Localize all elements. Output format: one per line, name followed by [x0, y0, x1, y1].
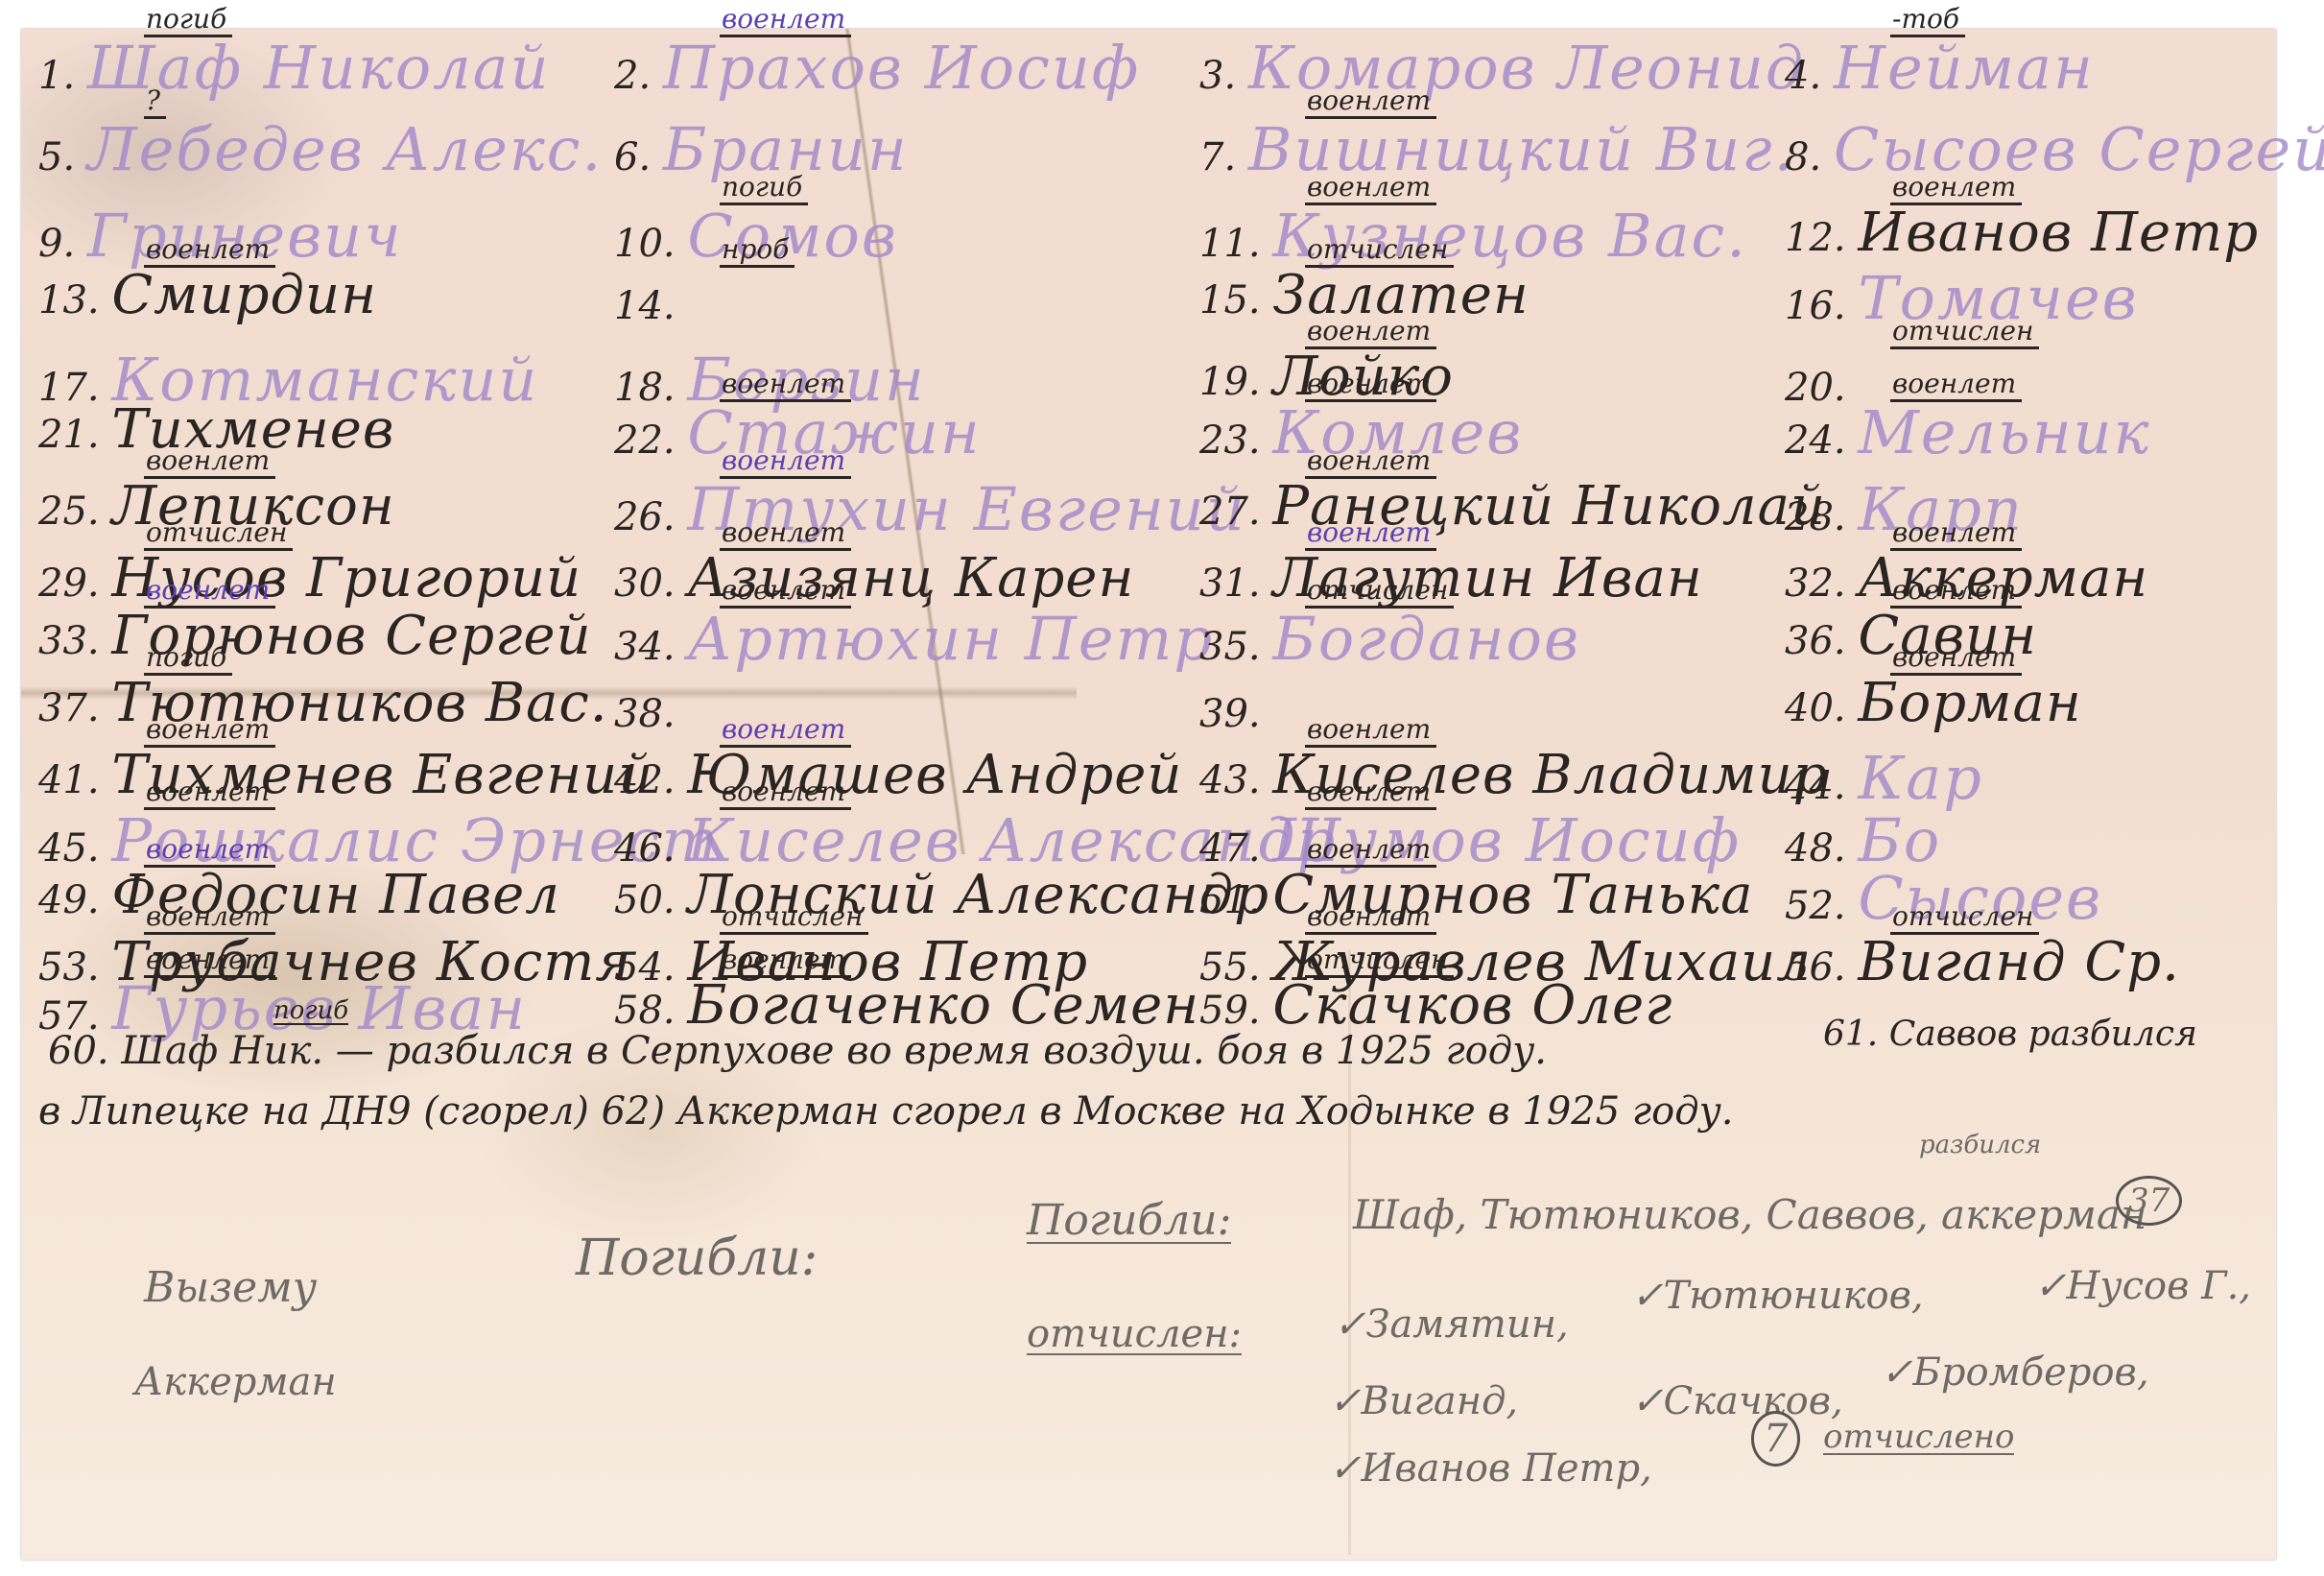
roster-entry: военлет51. Смирнов Танька — [1199, 869, 1753, 922]
entry-status: военлет — [1890, 519, 2022, 551]
dismissed-name: ✓Замятин, — [1334, 1305, 1569, 1344]
roster-entry: -тоб4. Нейман — [1785, 38, 2095, 98]
dismissed-note: отчислено — [1823, 1421, 2014, 1455]
entry-number: 10. — [614, 222, 687, 266]
entry-number: 41. — [38, 758, 111, 802]
entry-status: военлет — [144, 447, 275, 479]
entry-status: военлет — [1305, 519, 1436, 551]
roster-entry: военлет7. Вишницкий Виг. — [1199, 120, 1794, 179]
roster-entry: отчислен29. Нусов Григорий — [38, 552, 581, 606]
entry-number: 56. — [1785, 945, 1858, 990]
roster-entry: военлет12. Иванов Петр — [1785, 206, 2259, 260]
entry-number: 16. — [1785, 284, 1858, 328]
entry-status: нроб — [720, 236, 794, 268]
roster-entry: 39. — [1199, 677, 1261, 736]
signature-2: Аккерман — [134, 1363, 337, 1401]
roster-entry: военлет34. Артюхин Петр — [614, 609, 1214, 669]
dismissed-name: ✓Иванов Петр, — [1329, 1449, 1652, 1488]
signature-1: Вызему — [144, 1267, 317, 1309]
roster-entry: 38. — [614, 677, 676, 736]
entry-status: военлет — [1890, 644, 2022, 676]
entry-status: военлет — [1890, 174, 2022, 205]
entry-number: 38. — [614, 692, 676, 736]
entry-number: 50. — [614, 878, 687, 922]
entry-status: военлет — [720, 519, 851, 551]
roster-entry: отчислен35. Богданов — [1199, 609, 1580, 669]
entry-number: 26. — [614, 495, 687, 539]
entry-number: 9. — [38, 222, 87, 266]
killed-note: разбился — [1919, 1133, 2041, 1158]
roster-entry: военлет58. Богаченко Семен — [614, 979, 1199, 1033]
entry-name: Нейман — [1834, 33, 2095, 103]
roster-entry: военлет42. Юмашев Андрей — [614, 749, 1182, 802]
entry-number: 34. — [614, 625, 687, 669]
entry-number: 36. — [1785, 619, 1858, 663]
entry-name: Виганд Ср. — [1858, 931, 2180, 993]
entry-status: военлет — [144, 577, 275, 609]
entry-name: Артюхин Петр — [687, 604, 1214, 674]
entry-status: военлет — [144, 716, 275, 748]
entry-number: 2. — [614, 54, 663, 98]
entry-number: 27. — [1199, 490, 1272, 534]
roster-entry: военлет47. Шумов Иосиф — [1199, 811, 1741, 871]
note-60-status: погиб — [273, 998, 348, 1025]
entry-number: 43. — [1199, 758, 1272, 802]
entry-number: 33. — [38, 619, 111, 663]
roster-entry: военлет24. Мельник — [1785, 403, 2151, 463]
entry-number: 46. — [614, 826, 687, 871]
entry-status: военлет — [144, 903, 275, 935]
entry-number: 15. — [1199, 278, 1272, 322]
entry-name: Кар — [1858, 743, 1983, 813]
roster-entry: военлет2. Прахов Иосиф — [614, 38, 1140, 98]
entry-number: 48. — [1785, 826, 1858, 871]
entry-number: 37. — [38, 686, 111, 730]
entry-number: 52. — [1785, 884, 1858, 928]
roster-entry: отчислен56. Виганд Ср. — [1785, 936, 2180, 990]
entry-number: 22. — [614, 418, 687, 463]
entry-number: 51. — [1199, 878, 1272, 922]
dismissed-count-circle: 7 — [1751, 1411, 1800, 1467]
entry-number: 32. — [1785, 561, 1858, 606]
entry-number: 25. — [38, 490, 111, 534]
entry-number: 31. — [1199, 561, 1272, 606]
entry-number: 35. — [1199, 625, 1272, 669]
entry-name: Борман — [1858, 672, 2081, 734]
roster-entry: военлет30. Азизянц Карен — [614, 552, 1134, 606]
entry-number: 42. — [614, 758, 687, 802]
dismissed-name: ✓Нусов Г., — [2034, 1267, 2251, 1305]
killed-names: Шаф, Тютюников, Саввов, аккерман — [1353, 1195, 2147, 1235]
entry-number: 23. — [1199, 418, 1272, 463]
entry-number: 5. — [38, 135, 87, 179]
entry-status: военлет — [1305, 318, 1436, 349]
entry-status: военлет — [720, 946, 851, 978]
roster-entry: отчислен20. — [1785, 350, 1846, 410]
entry-status: военлет — [1305, 716, 1436, 748]
entry-number: 12. — [1785, 216, 1858, 260]
entry-name: Скачков Олег — [1272, 974, 1672, 1037]
roster-entry: 48. Бо — [1785, 811, 1941, 871]
entry-number: 7. — [1199, 135, 1248, 179]
entry-number: 6. — [614, 135, 663, 179]
dismissed-name: ✓Скачков, — [1631, 1382, 1843, 1421]
entry-status: отчислен — [1890, 318, 2039, 349]
entry-number: 59. — [1199, 989, 1272, 1033]
entry-status: отчислен — [1890, 903, 2039, 935]
entry-number: 19. — [1199, 360, 1272, 404]
roster-entry: военлет11. Кузнецов Вас. — [1199, 206, 1747, 266]
roster-entry: военлет43. Киселев Владимир — [1199, 749, 1829, 802]
entry-number: 1. — [38, 54, 87, 98]
entry-status: военлет — [1305, 836, 1436, 868]
entry-name: Богаченко Семен — [687, 974, 1199, 1037]
note-line-60: 60. Шаф Ник. — разбился в Серпухове во в… — [48, 1032, 1547, 1070]
entry-status: военлет — [720, 716, 851, 748]
roster-entry: военлет27. Ранецкий Николай — [1199, 480, 1826, 534]
entry-status: военлет — [1890, 577, 2022, 609]
note-line-62: в Липецке на ДН9 (сгорел) 62) Аккерман с… — [38, 1092, 1733, 1131]
roster-entry: 8. Сысоев Сергей — [1785, 120, 2324, 179]
roster-entry: 50. Лонский Александр — [614, 869, 1269, 922]
entry-name: Смирдин — [111, 264, 377, 326]
roster-entry: военлет40. Борман — [1785, 677, 2082, 730]
entry-number: 11. — [1199, 222, 1272, 266]
roster-entry: военлет13. Смирдин — [38, 269, 377, 322]
entry-status: военлет — [144, 236, 275, 268]
dismissed-name: ✓Тютюников, — [1631, 1277, 1924, 1315]
entry-status: отчислен — [1305, 236, 1454, 268]
entry-number: 8. — [1785, 135, 1834, 179]
roster-entry: погиб37. Тютюников Вас. — [38, 677, 608, 730]
roster-entry: нроб14. — [614, 269, 676, 328]
roster-entry: военлет33. Горюнов Сергей — [38, 609, 592, 663]
entry-number: 58. — [614, 989, 687, 1033]
dismissed-name: ✓Бромберов, — [1881, 1353, 2149, 1392]
entry-number: 21. — [38, 413, 111, 457]
roster-entry: ?5. Лебедев Алекс. — [38, 120, 603, 179]
entry-name: Мельник — [1858, 397, 2150, 467]
entry-number: 29. — [38, 561, 111, 606]
entry-status: отчислен — [720, 903, 868, 935]
note-line-61: 61. Саввов разбился — [1823, 1017, 2197, 1052]
entry-status: военлет — [144, 836, 275, 868]
dismissed-name: ✓Виганд, — [1329, 1382, 1518, 1421]
entry-status: отчислен — [144, 519, 293, 551]
roster-entry: военлет41. Тихменев Евгений — [38, 749, 653, 802]
entry-number: 13. — [38, 278, 111, 322]
roster-entry: военлет26. Птухин Евгений — [614, 480, 1246, 539]
entry-number: 4. — [1785, 54, 1834, 98]
killed-count-circle: 37 — [2116, 1176, 2182, 1226]
entry-number: 40. — [1785, 686, 1858, 730]
entry-name: Прахов Иосиф — [663, 33, 1140, 103]
roster-entry: отчислен59. Скачков Олег — [1199, 979, 1672, 1033]
killed-label: Погибли: — [1027, 1200, 1231, 1244]
roster-entry: военлет49. Федосин Павел — [38, 869, 560, 922]
roster-entry: 3. Комаров Леонид — [1199, 38, 1805, 98]
entry-number: 28. — [1785, 495, 1858, 539]
entry-status: военлет — [1305, 903, 1436, 935]
entry-number: 44. — [1785, 764, 1858, 808]
entry-number: 14. — [614, 284, 676, 328]
entry-number: 49. — [38, 878, 111, 922]
entry-number: 3. — [1199, 54, 1248, 98]
entry-status: отчислен — [1305, 946, 1454, 978]
dismissed-label: отчислен: — [1027, 1315, 1242, 1355]
entry-number: 39. — [1199, 692, 1261, 736]
entry-number: 30. — [614, 561, 687, 606]
entry-number: 45. — [38, 826, 111, 871]
roster-entry: погиб1. Шаф Николай — [38, 38, 551, 98]
entry-number: 24. — [1785, 418, 1858, 463]
entry-status: военлет — [1305, 447, 1436, 479]
entry-status: погиб — [144, 644, 232, 676]
entry-name: Иванов Петр — [1858, 202, 2259, 264]
summary-heading: Погибли: — [576, 1233, 818, 1283]
roster-entry: 44. Кар — [1785, 749, 1983, 808]
entry-name: Богданов — [1272, 604, 1580, 674]
entry-name: Лебедев Алекс. — [87, 114, 603, 184]
